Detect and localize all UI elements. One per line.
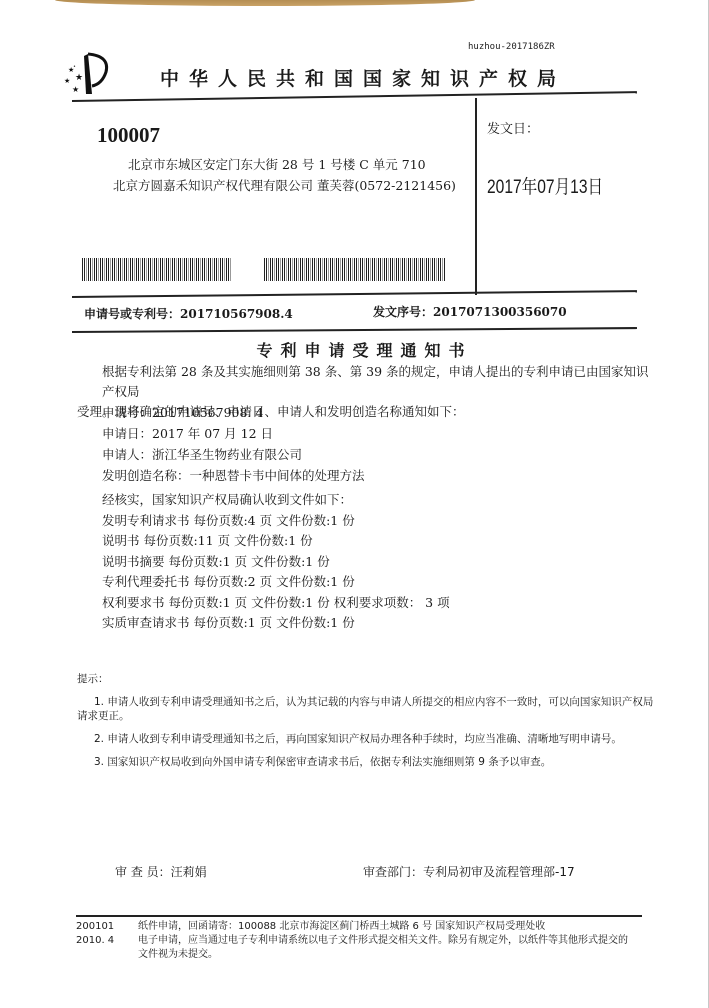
footer-row: 200101 纸件申请，回函请寄：100088 北京市海淀区蓟门桥西土城路 6 … (76, 920, 656, 934)
tip-item: 1. 申请人收到专利申请受理通知书之后，认为其记载的内容与申请人所提交的相应内容… (77, 691, 657, 714)
field-label: 申请号： (102, 405, 152, 420)
notice-intro-line-1: 根据专利法第 28 条及其实施细则第 38 条、第 39 条的规定，申请人提出的… (77, 362, 652, 402)
examination-department: 审查部门：专利局初审及流程管理部-17 (363, 863, 575, 880)
document-item: 专利代理委托书 每份页数:2 页 文件份数:1 份 (102, 572, 450, 593)
issue-date-label: 发文日： (487, 118, 539, 137)
application-number: 201710567908.4 (180, 307, 293, 321)
examiner-name: 汪莉娟 (171, 865, 207, 879)
reference-top-divider (72, 290, 637, 298)
field-application-date: 申请日：2017 年 07 月 12 日 (102, 424, 273, 442)
header-divider (72, 91, 637, 102)
footer-text: 电子申请，应当通过电子专利申请系统以电子文件形式提交相关文件。除另有规定外，以纸… (138, 934, 628, 948)
field-label: 发明创造名称： (102, 468, 190, 483)
field-label: 申请日： (102, 426, 152, 441)
documents-intro: 经核实，国家知识产权局确认收到文件如下： (102, 490, 450, 511)
document-item: 发明专利请求书 每份页数:4 页 文件份数:1 份 (102, 511, 450, 532)
received-documents: 经核实，国家知识产权局确认收到文件如下： 发明专利请求书 每份页数:4 页 文件… (102, 490, 450, 634)
tips-heading: 提示： (77, 668, 657, 691)
date-box-divider (475, 98, 477, 295)
reference-bottom-divider (72, 327, 637, 333)
field-applicant: 申请人：浙江华圣生物药业有限公司 (102, 445, 302, 463)
tip-item: 2. 申请人收到专利申请受理通知书之后，再向国家知识产权局办理各种手续时，均应当… (77, 728, 657, 751)
serial-number: 2017071300356070 (433, 305, 567, 319)
application-number-line: 申请号或专利号：201710567908.4 (84, 305, 293, 322)
tracking-code: huzhou-2017186ZR (468, 42, 555, 52)
field-value: 201710567908. 4 (152, 405, 263, 420)
barcode-right (264, 258, 446, 281)
field-label: 申请人： (102, 447, 152, 462)
svg-text:★: ★ (72, 85, 79, 94)
footer-text: 纸件申请，回函请寄：100088 北京市海淀区蓟门桥西土城路 6 号 国家知识产… (138, 920, 545, 934)
footer-row: 文件视为未提交。 (76, 948, 656, 962)
notice-title: 专利申请受理通知书 (0, 338, 709, 361)
document-item: 说明书 每份页数:11 页 文件份数:1 份 (102, 531, 450, 552)
form-code: 200101 (76, 920, 138, 934)
paper-edge-shadow (55, 0, 475, 6)
field-invention-title: 发明创造名称：一种恩替卡韦中间体的处理方法 (102, 466, 365, 484)
form-version: 2010. 4 (76, 934, 138, 948)
tip-item: 3. 国家知识产权局收到向外国申请专利保密审查请求书后，依据专利法实施细则第 9… (77, 751, 657, 774)
footer: 200101 纸件申请，回函请寄：100088 北京市海淀区蓟门桥西土城路 6 … (76, 920, 656, 962)
svg-text:★: ★ (75, 73, 83, 83)
footer-row: 2010. 4 电子申请，应当通过电子专利申请系统以电子文件形式提交相关文件。除… (76, 934, 656, 948)
department-name: 专利局初审及流程管理部-17 (423, 865, 575, 879)
recipient-address: 北京市东城区安定门东大街 28 号 1 号楼 C 单元 710 (128, 155, 426, 173)
svg-text:★: ★ (64, 77, 70, 85)
document-item: 说明书摘要 每份页数:1 页 文件份数:1 份 (102, 552, 450, 573)
document-item: 实质审查请求书 每份页数:1 页 文件份数:1 份 (102, 613, 450, 634)
examiner-label: 审 查 员： (115, 865, 171, 879)
field-value: 2017 年 07 月 12 日 (152, 426, 273, 441)
postal-code: 100007 (97, 123, 160, 148)
footer-text: 文件视为未提交。 (138, 948, 218, 962)
examiner: 审 查 员：汪莉娟 (115, 863, 207, 880)
serial-number-line: 发文序号：2017071300356070 (373, 303, 567, 320)
footer-code-empty (76, 948, 138, 962)
field-value: 浙江华圣生物药业有限公司 (152, 447, 302, 462)
department-label: 审查部门： (363, 865, 423, 879)
office-name: 中华人民共和国国家知识产权局 (160, 64, 566, 91)
cnipa-logo-icon: ★ • ★ ★ ★ (62, 52, 112, 96)
field-application-number: 申请号：201710567908. 4 (102, 403, 263, 421)
footer-divider (76, 915, 642, 917)
svg-text:•: • (73, 64, 76, 70)
tips-section: 提示： 1. 申请人收到专利申请受理通知书之后，认为其记载的内容与申请人所提交的… (77, 668, 657, 774)
field-value: 一种恩替卡韦中间体的处理方法 (190, 468, 365, 483)
issue-date-value: 2017年07月13日 (487, 172, 603, 199)
serial-number-label: 发文序号： (373, 305, 433, 319)
application-number-label: 申请号或专利号： (84, 307, 180, 321)
document-item: 权利要求书 每份页数:1 页 文件份数:1 份 权利要求项数： 3 项 (102, 593, 450, 614)
agency-contact: 北京方圆嘉禾知识产权代理有限公司 董芙蓉(0572-2121456) (113, 176, 456, 194)
barcode-left (82, 258, 232, 281)
